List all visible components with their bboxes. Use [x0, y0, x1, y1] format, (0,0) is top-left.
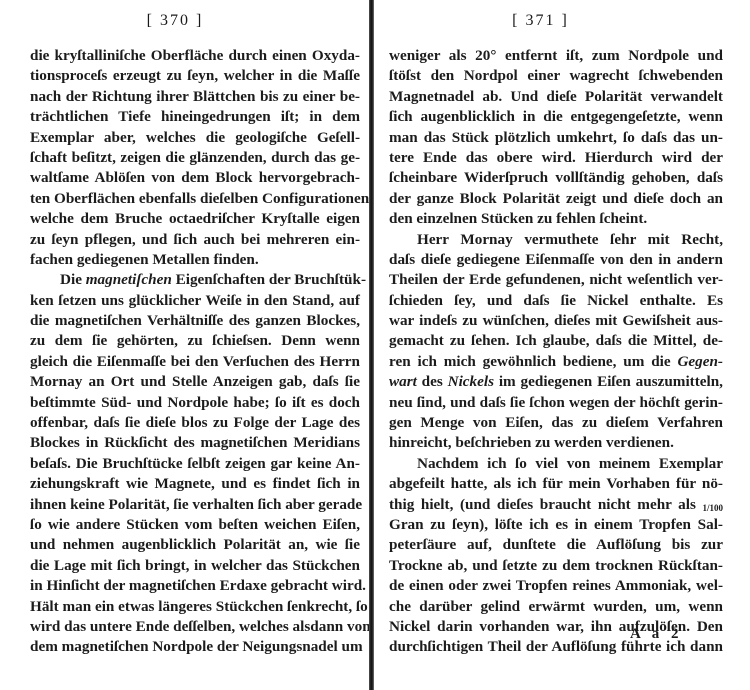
text-line: ten Oberflächen ebenfalls dieſelben Conf… — [30, 189, 360, 209]
book-gutter — [369, 0, 374, 690]
text-run: Die — [60, 271, 86, 288]
text-line: ken ſetzen uns glücklicher Weiſe in den … — [30, 291, 360, 311]
text-line: den einzelnen Stücken zu fehlen ſcheint. — [389, 209, 723, 229]
text-line: und nehmen augenblicklich Polarität an, … — [30, 535, 360, 555]
text-line: Theilen der Erde gefundenen, nicht weſen… — [389, 270, 723, 290]
text-line: abgefeilt hatte, als ich für mein Vorhab… — [389, 474, 723, 494]
italic-term-gegenwart-cont: wart — [389, 373, 417, 390]
text-line: fachen gediegenen Metallen finden. — [30, 250, 360, 270]
text-line: wird das untere Ende deſſelben, welches … — [30, 617, 360, 637]
text-line: die magnetiſchen Verhältniſſe des ganzen… — [30, 311, 360, 331]
text-line: gemacht zu ſehen. Ich glaube, daſs die M… — [389, 331, 723, 351]
text-line: neu ſind, und daſs ſie ſchon wegen der h… — [389, 393, 723, 413]
text-line: che darüber gelind erwärmt wurden, um, w… — [389, 597, 723, 617]
text-line: daſs dieſe gediegene Eiſenmaſſe von den … — [389, 250, 723, 270]
text-run: ren ich mich gewöhnlich bediene, um die — [389, 353, 677, 370]
text-line: tionsproceſs erzeugt zu ſeyn, welcher in… — [30, 66, 360, 86]
text-line: welche dem Bruche octaedriſcher Kryſtall… — [30, 209, 360, 229]
text-line: ſo wie andere Stücken vom beſten weichen… — [30, 515, 360, 535]
italic-term-gegenwart: Gegen- — [677, 353, 723, 370]
italic-term-nickels: Nickels — [448, 373, 494, 390]
text-line: Gran zu ſeyn), löſte ich es in einem Tro… — [389, 515, 723, 535]
text-line: nach der Richtung ihrer Blättchen bis zu… — [30, 87, 360, 107]
text-line: Exemplar aber, welches die geologiſche G… — [30, 128, 360, 148]
book-spread: [ 370 ] die kryſtalliniſche Oberfläche d… — [0, 0, 750, 690]
text-run: thig hielt, (und dieſes braucht nicht me… — [389, 496, 702, 513]
text-line: ſcheinbare Widerſpruch vollſtändig gehob… — [389, 168, 723, 188]
text-line: die Lage mit ſich bringt, in welcher das… — [30, 556, 360, 576]
fraction-one-hundredth: 1/100 — [702, 503, 723, 513]
text-run: im gediegenen Eiſen auszumitteln, — [494, 373, 723, 390]
right-page: [ 371 ] weniger als 20° entfernt iſt, zu… — [375, 0, 750, 690]
text-line: peterſäure auf, dunſtete die Auflöſung b… — [389, 535, 723, 555]
text-line: ſchieden ſey, und daſs ſie Nickel enthal… — [389, 291, 723, 311]
text-line: gleich die Eiſenmaſſe bei den Verſuchen … — [30, 352, 360, 372]
text-line: gen Menge von Eiſen, das zu dieſem Verfa… — [389, 413, 723, 433]
text-line: ihnen keine Polarität, ſie verhalten ſic… — [30, 495, 360, 515]
paragraph-start: Die magnetiſchen Eigenſchaften der Bruch… — [30, 270, 360, 290]
text-line: ſtöſst den Nordpol einer wagrecht ſchweb… — [389, 66, 723, 86]
text-line: dem magnetiſchen Nordpole der Neigungsna… — [30, 637, 360, 657]
text-line: beſaſs. Die Bruchſtücke ſelbſt zeigen ga… — [30, 454, 360, 474]
right-page-body: weniger als 20° entfernt iſt, zum Nordpo… — [389, 46, 723, 658]
text-line: waltſame Ablöſen von dem Block hervorgeb… — [30, 168, 360, 188]
text-line: zu ſeyn pflegen, und ſich auch bei mehre… — [30, 230, 360, 250]
text-line: die kryſtalliniſche Oberfläche durch ein… — [30, 46, 360, 66]
text-line: offenbar, daſs ſie dieſe blos zu Folge d… — [30, 413, 360, 433]
text-line: Magnetnadel ab. Und dieſe Polarität verw… — [389, 87, 723, 107]
text-run: Eigenſchaften der Bruchſtük- — [172, 271, 366, 288]
text-line: beſtimmte Süd- und Nordpole habe; ſo iſt… — [30, 393, 360, 413]
text-line: der ganze Block Polarität zeigt und dieſ… — [389, 189, 723, 209]
text-line: in Hinſicht der magnetiſchen Erdaxe gebr… — [30, 576, 360, 596]
text-line: ren ich mich gewöhnlich bediene, um die … — [389, 352, 723, 372]
text-line: Hält man ein etwas längeres Stückchen ſe… — [30, 597, 360, 617]
italic-term-magnetischen: magnetiſchen — [86, 271, 172, 288]
paragraph-start: Herr Mornay vermuthete ſehr mit Recht, — [389, 230, 723, 250]
text-line: weniger als 20° entfernt iſt, zum Nordpo… — [389, 46, 723, 66]
text-run: des — [417, 373, 448, 390]
page-number-right: [ 371 ] — [353, 12, 728, 30]
text-line: Trockne ab, und ſetzte zu dem trocknen R… — [389, 556, 723, 576]
text-line: zu dem ſie gehörten, zu ſchieſsen. Denn … — [30, 331, 360, 351]
text-line: thig hielt, (und dieſes braucht nicht me… — [389, 495, 723, 515]
page-number-left: [ 370 ] — [0, 12, 360, 30]
left-page: [ 370 ] die kryſtalliniſche Oberfläche d… — [0, 0, 370, 690]
text-line: ſchaft beſitzt, zeigen die glänzenden, d… — [30, 148, 360, 168]
signature-mark: A a 2 — [630, 626, 683, 643]
left-page-body: die kryſtalliniſche Oberfläche durch ein… — [30, 46, 360, 658]
paragraph-start: Nachdem ich ſo viel von meinem Exemplar — [389, 454, 723, 474]
text-line: ziehungskraft wie Magnete, und es findet… — [30, 474, 360, 494]
text-line: ſich augenblicklich in die entgegengeſet… — [389, 107, 723, 127]
text-line: war indeſs zu wünſchen, dieſes mit Gewiſ… — [389, 311, 723, 331]
text-line: de einen oder zwei Tropfen reines Ammoni… — [389, 576, 723, 596]
text-line: Blockes in Rückſicht des magnetiſchen Me… — [30, 433, 360, 453]
text-line: man das Stück plötzlich umkehrt, ſo daſs… — [389, 128, 723, 148]
text-line: Mornay an Ort und Stelle Anzeigen gab, d… — [30, 372, 360, 392]
text-line: trächtlichen Tiefe hineingedrungen iſt; … — [30, 107, 360, 127]
text-line: tere Ende das obere wird. Hierdurch wird… — [389, 148, 723, 168]
text-line: wart des Nickels im gediegenen Eiſen aus… — [389, 372, 723, 392]
text-line: hinreicht, beſchrieben zu werden verdien… — [389, 433, 723, 453]
